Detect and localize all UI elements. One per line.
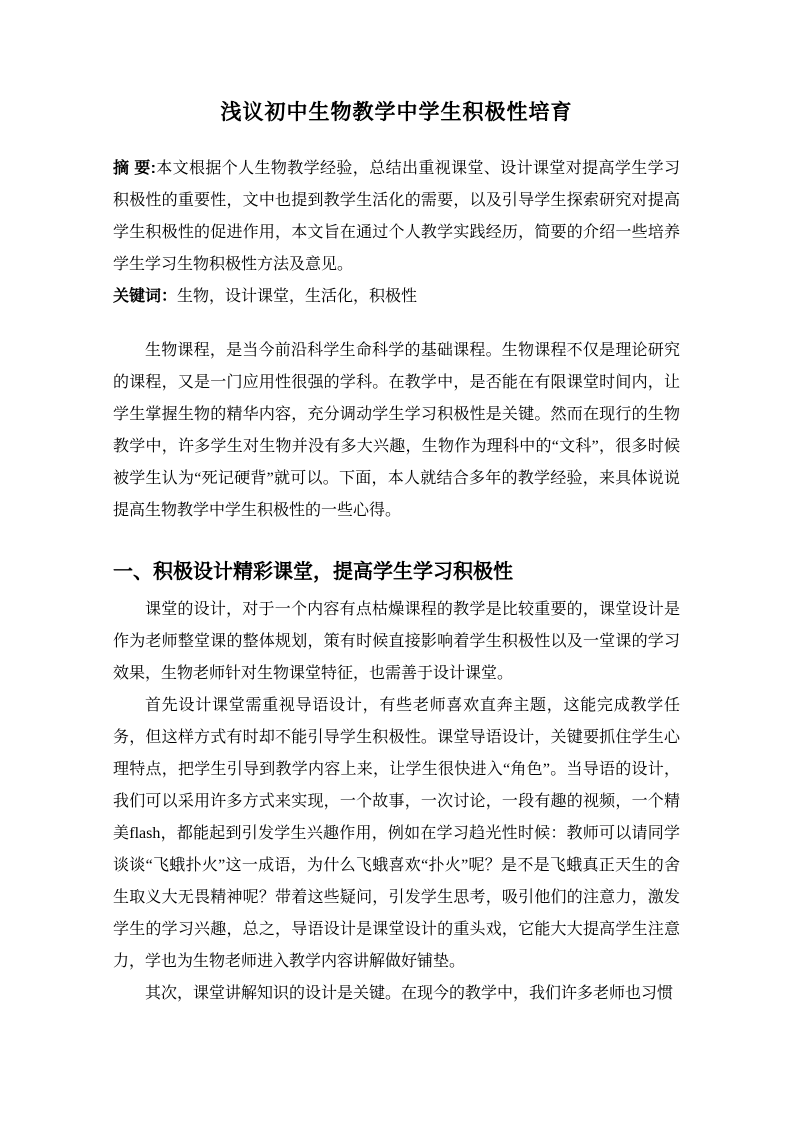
abstract-text: 本文根据个人生物教学经验，总结出重视课堂、设计课堂对提高学生学习积极性的重要性，… xyxy=(113,160,680,273)
keywords-paragraph: 关键词：生物，设计课堂，生活化，积极性 xyxy=(113,281,680,313)
abstract-paragraph: 摘 要:本文根据个人生物教学经验，总结出重视课堂、设计课堂对提高学生学习积极性的… xyxy=(113,153,680,281)
section-1-paragraph-3: 其次，课堂讲解知识的设计是关键。在现今的教学中，我们许多老师也习惯 xyxy=(113,978,680,1010)
keywords-text: 生物，设计课堂，生活化，积极性 xyxy=(177,288,417,305)
keywords-label: 关键词： xyxy=(113,288,177,305)
abstract-label: 摘 要: xyxy=(113,160,156,177)
document-title: 浅议初中生物教学中学生积极性培育 xyxy=(113,95,680,131)
intro-paragraph: 生物课程，是当今前沿科学生命科学的基础课程。生物课程不仅是理论研究的课程，又是一… xyxy=(113,335,680,527)
section-1-paragraph-1: 课堂的设计，对于一个内容有点枯燥课程的教学是比较重要的，课堂设计是作为老师整堂课… xyxy=(113,594,680,690)
section-1-paragraph-2: 首先设计课堂需重视导语设计，有些老师喜欢直奔主题，这能完成教学任务，但这样方式有… xyxy=(113,690,680,978)
document-page: 浅议初中生物教学中学生积极性培育 摘 要:本文根据个人生物教学经验，总结出重视课… xyxy=(0,0,793,1122)
section-1-heading: 一、积极设计精彩课堂，提高学生学习积极性 xyxy=(113,552,680,592)
